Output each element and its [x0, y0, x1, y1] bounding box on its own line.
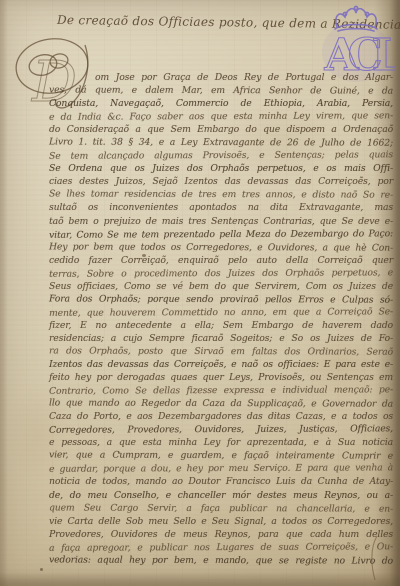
manuscript-line: ciaes destes Juizos, Sejaõ Izentos das d… [49, 175, 393, 188]
manuscript-first-line: om Jose por Graça de Deos Rey de Portuga… [49, 71, 393, 84]
manuscript-line: noticia de todos, mando ao Doutor Franci… [49, 475, 393, 488]
manuscript-line: do Consideraçaõ a que Sem Embargo do que… [49, 123, 393, 136]
manuscript-line: e da India &c. Faço saber aos que esta m… [49, 109, 393, 124]
manuscript-line: Corregedores, Provedores, Ouvidores, Jui… [49, 423, 393, 438]
manuscript-line: quem Seu Cargo Servir, a faça publicar n… [49, 501, 393, 515]
manuscript-line: a faça apregoar, e publicar nos Lugares … [49, 540, 393, 555]
manuscript-line: de, do meu Conselho, e chanceller mór de… [49, 489, 393, 502]
manuscript-line: cedido fazer Correiçaõ, enquiraõ pelo au… [49, 254, 393, 267]
manuscript-line: Seus officiaes, Como se vé bem do que Se… [49, 280, 393, 293]
manuscript-line: Fora dos Orphaõs; porque sendo proviraõ … [49, 292, 393, 306]
manuscript-line: Se Ordena que os Juizes dos Orphaõs perp… [49, 162, 393, 175]
manuscript-line: feito hey por derogadas quaes quer Leys,… [49, 371, 393, 384]
manuscript-line: terras, Sobre o procedimento dos Juizes … [49, 266, 393, 281]
manuscript-line: vie Carta delle Sob meu Sello e Seu Sign… [49, 515, 393, 528]
manuscript-line: Hey por bem que todos os Corregedores, e… [49, 240, 393, 254]
manuscript-line: taõ bem o prejuizo de mais tres Sentença… [49, 215, 393, 228]
manuscript-line: Conquista, Navegaçaõ, Commercio de Ethio… [49, 97, 393, 110]
manuscript-line: ra dos Orphaõs, posto que Sirvaõ em falt… [49, 344, 393, 358]
manuscript-line: mente, que houverem Commettido no anno, … [49, 305, 393, 320]
manuscript-page: De creaçaõ dos Officiaes posto, que dem … [0, 0, 400, 586]
manuscript-line: vedorias: aqual hey por bem, e mando, qu… [49, 553, 393, 567]
manuscript-line: Provedores, Ouvidores de meus Reynos, pa… [49, 528, 393, 541]
manuscript-line: vitar, Como Se me tem prezentado pella M… [49, 227, 393, 242]
manuscript-line: Izentos das devassas das Correiçoẽs, e n… [49, 358, 393, 371]
manuscript-line: fizer, E no antecedente a ella; Sem Emba… [49, 319, 393, 332]
manuscript-line: Se lhes tomar residencias de tres em tre… [49, 188, 393, 202]
manuscript-line: residencias; a cujo Sempre ficaraõ Sogei… [49, 332, 393, 345]
manuscript-line: sultaõ os inconvenientes apontados na di… [49, 201, 393, 214]
manuscript-line: e guardar, porque a dou, e hey por meu S… [49, 462, 393, 477]
manuscript-lines: ves, dá quem, e dalem Mar, em Africa Sen… [49, 84, 393, 567]
manuscript-body: om Jose por Graça de Deos Rey de Portuga… [49, 71, 393, 567]
manuscript-line: Caza do Porto, e aos Dezembargadores das… [49, 410, 393, 423]
manuscript-line: llo que mando ao Regedor da Caza da Supp… [49, 397, 393, 411]
ink-speck [142, 254, 146, 257]
manuscript-line: e pessoas, a que esta minha Ley for apre… [49, 436, 393, 449]
ink-speck [118, 452, 120, 454]
manuscript-line: Se tem alcançado algumas Provisoẽs, e Se… [49, 149, 393, 164]
manuscript-line: ves, dá quem, e dalem Mar, em Africa Sen… [49, 83, 393, 97]
ink-speck [40, 568, 43, 571]
ink-stroke-mark [364, 534, 382, 582]
